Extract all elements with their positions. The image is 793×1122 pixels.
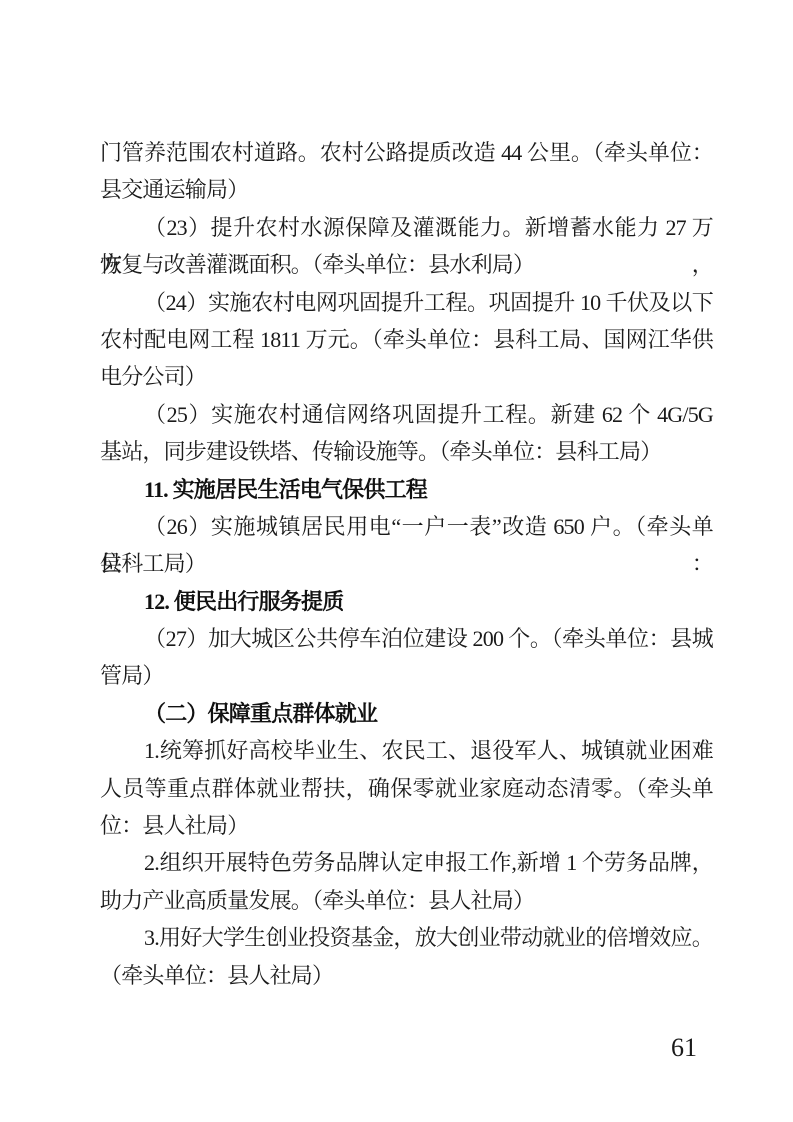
text-line: 门管养范围农村道路。农村公路提质改造 44 公里。（牵头单位： <box>100 134 713 171</box>
text-line: 1.统筹抓好高校毕业生、农民工、退役军人、城镇就业困难 <box>100 732 713 769</box>
text-line: 3.用好大学生创业投资基金，放大创业带动就业的倍增效应。 <box>100 919 713 956</box>
page-number: 61 <box>671 1033 697 1063</box>
text-line: 农村配电网工程 1811 万元。（牵头单位：县科工局、国网江华供 <box>100 321 713 358</box>
text-line: 助力产业高质量发展。（牵头单位：县人社局） <box>100 882 713 919</box>
document-body: 门管养范围农村道路。农村公路提质改造 44 公里。（牵头单位：县交通运输局）（2… <box>100 134 713 994</box>
text-line: （27）加大城区公共停车泊位建设 200 个。（牵头单位：县城 <box>100 620 713 657</box>
text-line: 管局） <box>100 657 713 694</box>
text-line: （26）实施城镇居民用电“一户一表”改造 650 户。（牵头单位： <box>100 508 713 545</box>
heading-line: 12. 便民出行服务提质 <box>100 583 713 620</box>
document-page: 门管养范围农村道路。农村公路提质改造 44 公里。（牵头单位：县交通运输局）（2… <box>0 0 793 1122</box>
heading-line: 11. 实施居民生活电气保供工程 <box>100 471 713 508</box>
text-line: （24）实施农村电网巩固提升工程。巩固提升 10 千伏及以下 <box>100 284 713 321</box>
text-line: 人员等重点群体就业帮扶，确保零就业家庭动态清零。（牵头单 <box>100 770 713 807</box>
text-line: 县交通运输局） <box>100 171 713 208</box>
text-line: 位：县人社局） <box>100 807 713 844</box>
text-line: （23）提升农村水源保障及灌溉能力。新增蓄水能力 27 万方， <box>100 209 713 246</box>
heading-line: （二）保障重点群体就业 <box>100 695 713 732</box>
text-line: 电分公司） <box>100 358 713 395</box>
text-line: （牵头单位：县人社局） <box>100 957 713 994</box>
text-line: 基站，同步建设铁塔、传输设施等。（牵头单位：县科工局） <box>100 433 713 470</box>
text-line: （25）实施农村通信网络巩固提升工程。新建 62 个 4G/5G <box>100 396 713 433</box>
text-line: 2.组织开展特色劳务品牌认定申报工作,新增 1 个劳务品牌， <box>100 844 713 881</box>
